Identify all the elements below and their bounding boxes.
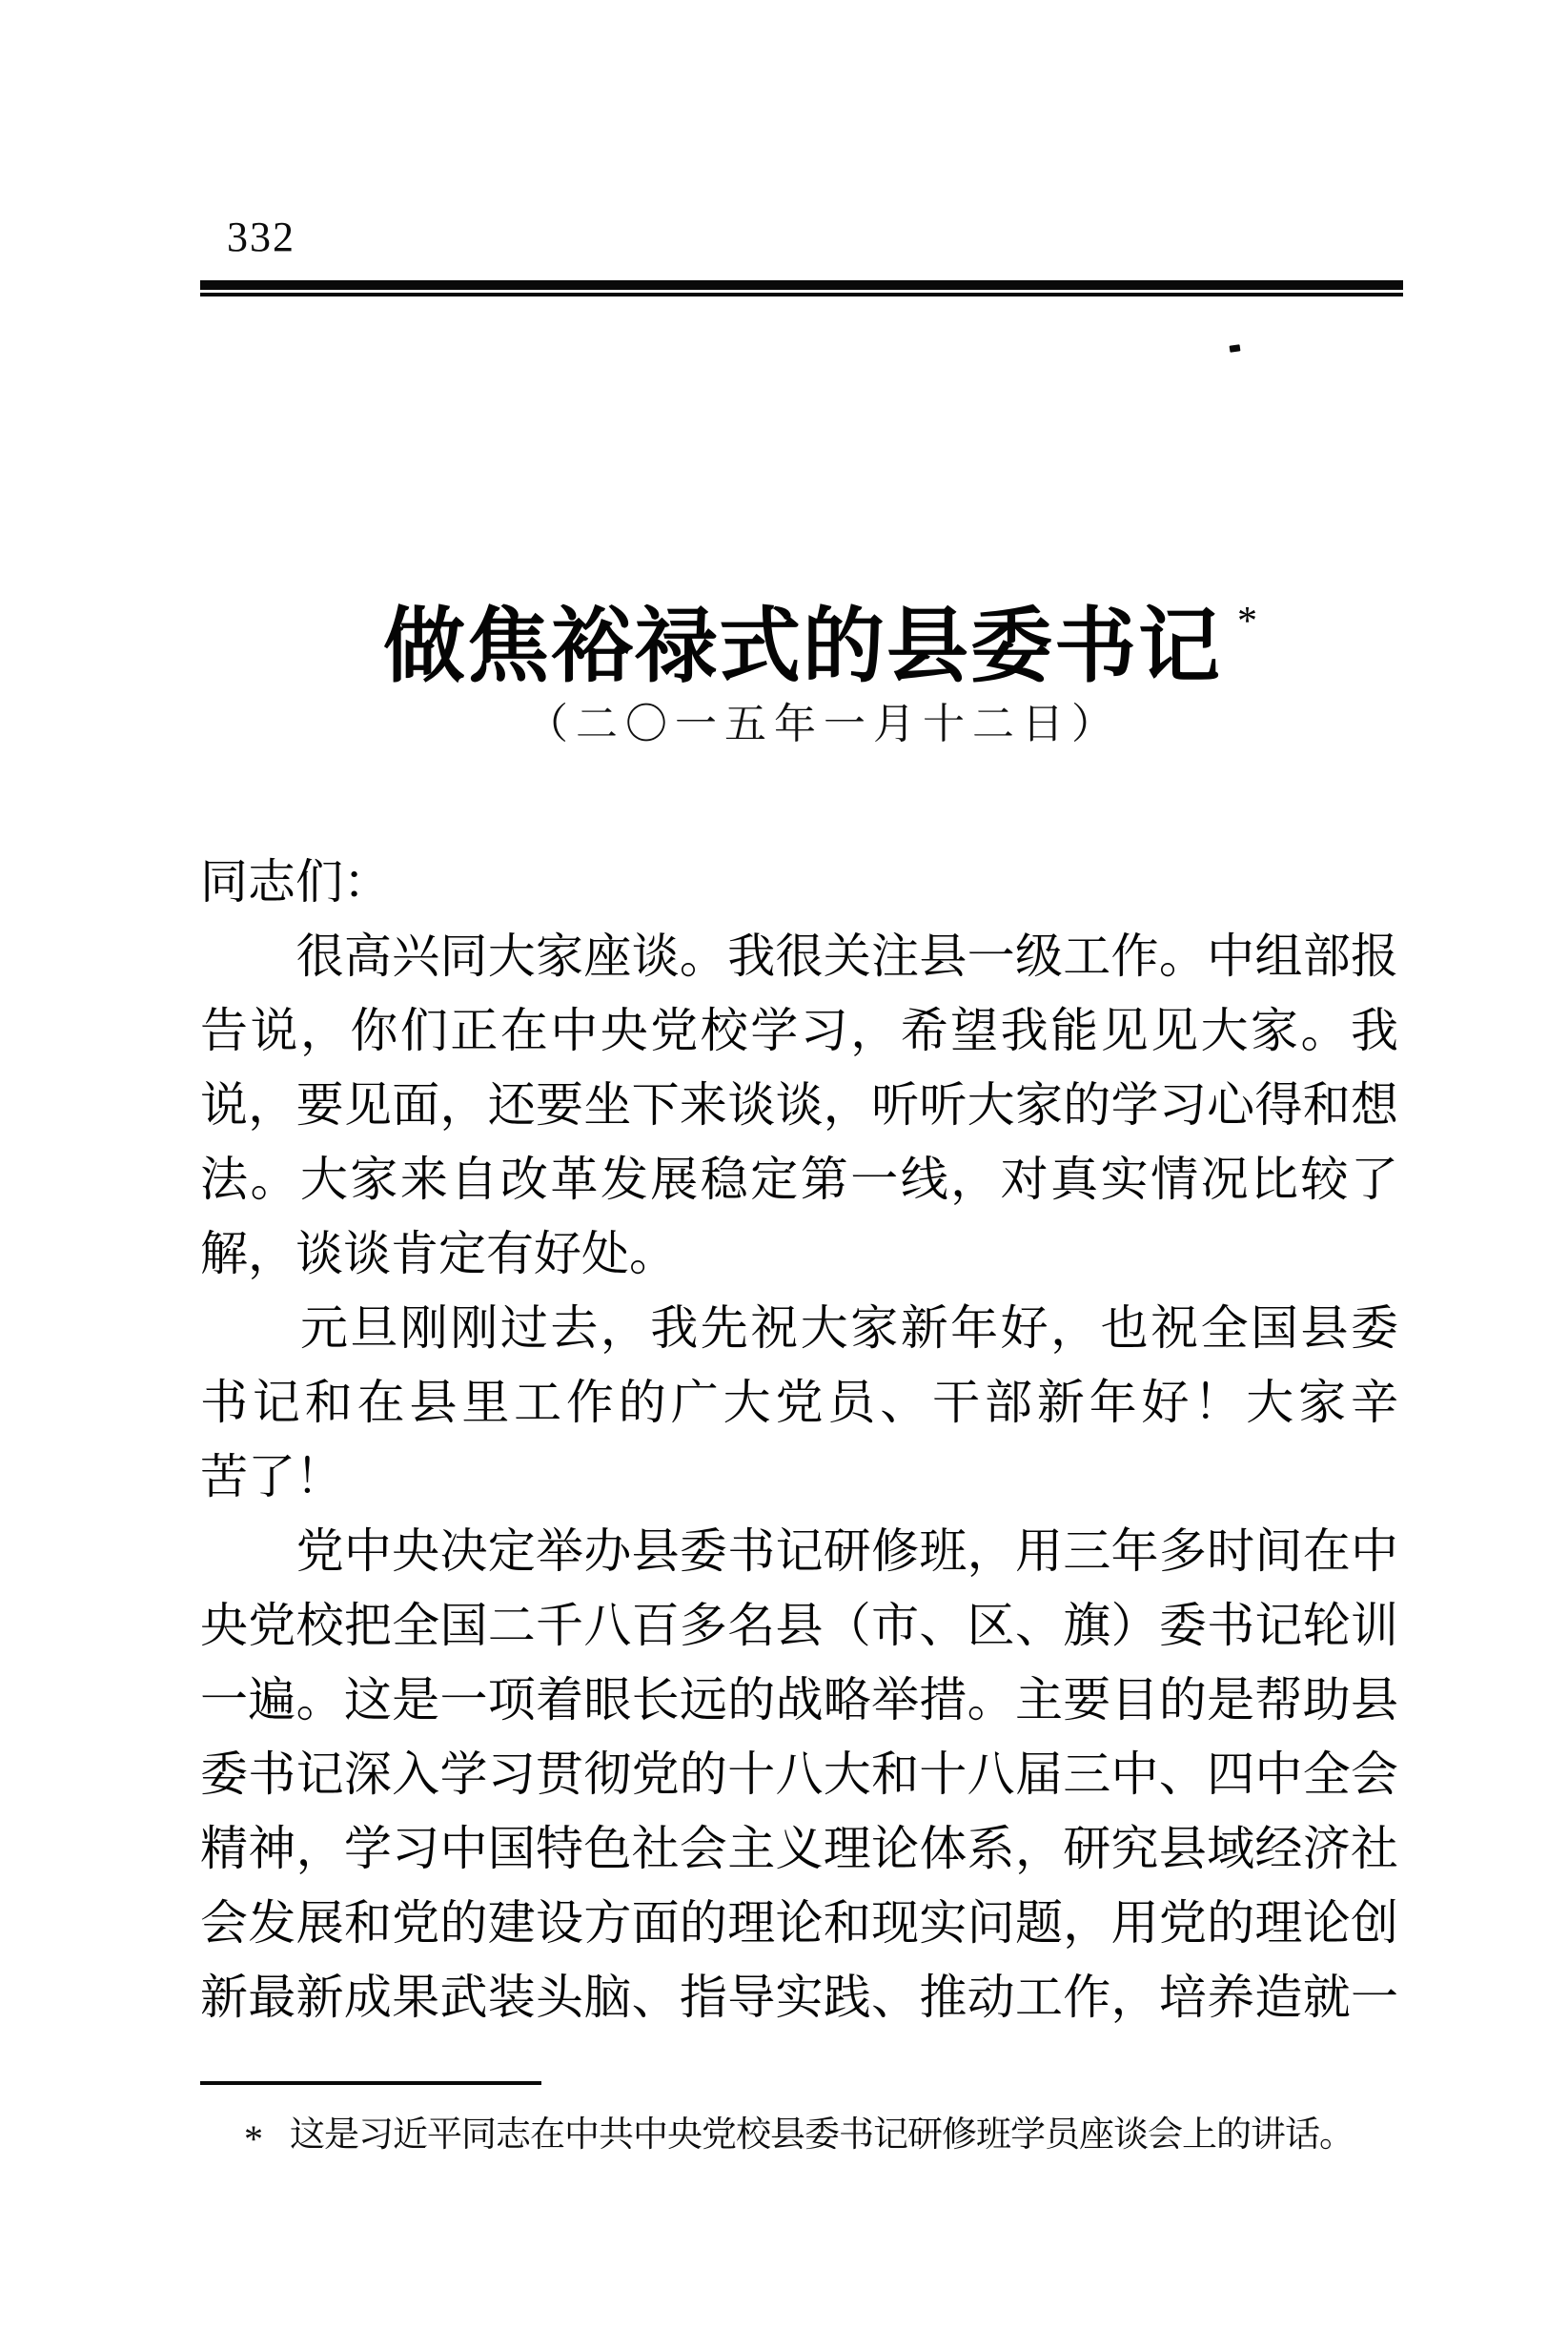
body-line: 说，要见面，还要坐下来谈谈，听听大家的学习心得和想 [200, 1068, 1398, 1142]
scan-artifact-speck [1230, 344, 1241, 352]
article-title-text: 做焦裕禄式的县委书记 [383, 601, 1222, 692]
body-line: 苦了！ [200, 1440, 1398, 1514]
footnote: *这是习近平同志在中共中央党校县委书记研修班学员座谈会上的讲话。 [244, 2113, 1354, 2161]
body-line: 很高兴同大家座谈。我很关注县一级工作。中组部报 [200, 919, 1398, 993]
header-rule-thick [200, 280, 1403, 290]
article-title: 做焦裕禄式的县委书记* [383, 595, 1257, 713]
book-page: 332 做焦裕禄式的县委书记* （二〇一五年一月十二日） 同志们： 很高兴同大家… [0, 0, 1568, 2350]
header-rule-thin [200, 293, 1403, 296]
header-double-rule [200, 280, 1403, 297]
speech-date: （二〇一五年一月十二日） [526, 698, 1121, 751]
page-number: 332 [227, 215, 295, 259]
body-line: 会发展和党的建设方面的理论和现实问题，用党的理论创 [200, 1886, 1398, 1960]
body-line: 新最新成果武装头脑、指导实践、推动工作，培养造就一 [200, 1960, 1398, 2034]
body-line: 精神，学习中国特色社会主义理论体系，研究县域经济社 [200, 1811, 1398, 1886]
body-line: 同志们： [200, 845, 1398, 919]
body-line: 委书记深入学习贯彻党的十八大和十八届三中、四中全会 [200, 1737, 1398, 1811]
body-line: 法。大家来自改革发展稳定第一线，对真实情况比较了 [200, 1142, 1398, 1216]
title-footnote-marker: * [1237, 570, 1257, 673]
footnote-text: 这是习近平同志在中共中央党校县委书记研修班学员座谈会上的讲话。 [290, 2115, 1354, 2155]
footnote-separator [200, 2081, 541, 2085]
body-line: 元旦刚刚过去，我先祝大家新年好，也祝全国县委 [200, 1291, 1398, 1365]
body-line: 党中央决定举办县委书记研修班，用三年多时间在中 [200, 1514, 1398, 1588]
body-line: 解，谈谈肯定有好处。 [200, 1216, 1398, 1291]
footnote-marker: * [244, 2116, 263, 2161]
body-line: 告说，你们正在中央党校学习，希望我能见见大家。我 [200, 993, 1398, 1068]
body-line: 一遍。这是一项着眼长远的战略举措。主要目的是帮助县 [200, 1663, 1398, 1737]
body-line: 央党校把全国二千八百多名县（市、区、旗）委书记轮训 [200, 1588, 1398, 1663]
body-text: 同志们： 很高兴同大家座谈。我很关注县一级工作。中组部报 告说，你们正在中央党校… [200, 845, 1398, 2034]
body-line: 书记和在县里工作的广大党员、干部新年好！大家辛 [200, 1365, 1398, 1440]
